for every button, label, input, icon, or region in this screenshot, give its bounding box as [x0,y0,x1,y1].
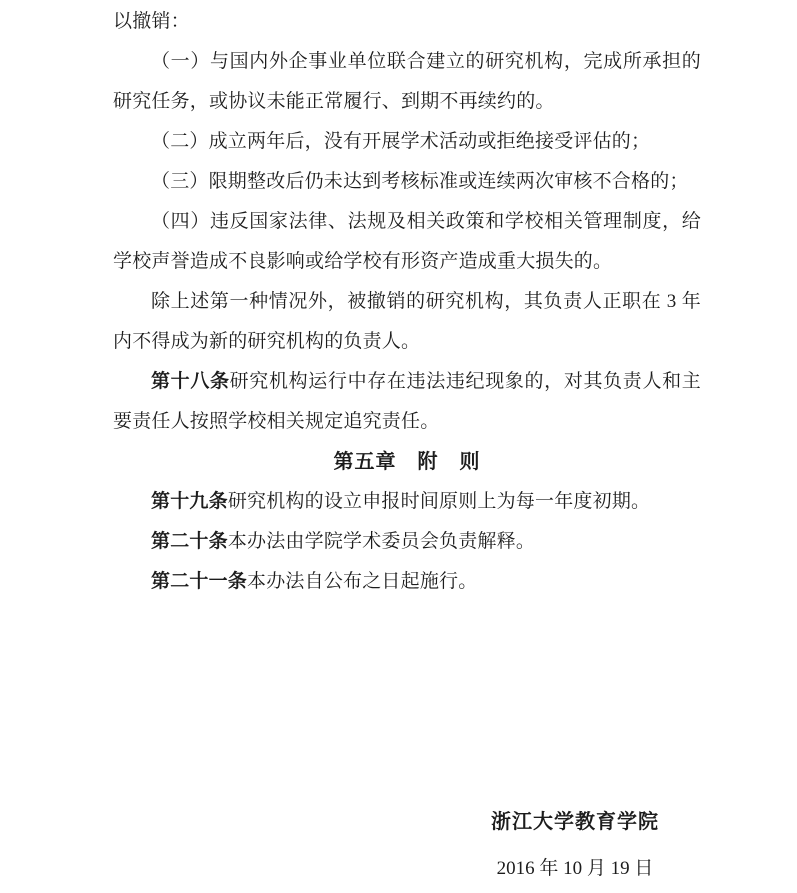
continuation-line: 以撤销： [113,2,701,42]
list-item-3: （三）限期整改后仍未达到考核标准或连续两次审核不合格的； [113,162,701,202]
signature-block: 浙江大学教育学院 2016 年 10 月 19 日 [420,806,730,884]
signature-organization: 浙江大学教育学院 [420,806,730,838]
signature-date: 2016 年 10 月 19 日 [420,854,730,884]
document-body: 以撤销： （一）与国内外企事业单位联合建立的研究机构，完成所承担的研究任务，或协… [113,2,701,602]
article-19-text: 研究机构的设立申报时间原则上为每一年度初期。 [228,491,650,512]
list-item-1: （一）与国内外企事业单位联合建立的研究机构，完成所承担的研究任务，或协议未能正常… [113,42,701,122]
document-page: 以撤销： （一）与国内外企事业单位联合建立的研究机构，完成所承担的研究任务，或协… [0,0,797,893]
article-21-number: 第二十一条 [151,571,247,592]
revocation-note-paragraph: 除上述第一种情况外，被撤销的研究机构，其负责人正职在 3 年内不得成为新的研究机… [113,282,701,362]
article-20-text: 本办法由学院学术委员会负责解释。 [228,531,535,552]
article-20-paragraph: 第二十条本办法由学院学术委员会负责解释。 [113,522,701,562]
article-20-number: 第二十条 [151,531,228,552]
article-18-paragraph: 第十八条研究机构运行中存在违法违纪现象的，对其负责人和主要责任人按照学校相关规定… [113,362,701,442]
article-21-text: 本办法自公布之日起施行。 [247,571,477,592]
article-21-paragraph: 第二十一条本办法自公布之日起施行。 [113,562,701,602]
article-19-number: 第十九条 [151,491,228,512]
list-item-4: （四）违反国家法律、法规及相关政策和学校相关管理制度，给学校声誉造成不良影响或给… [113,202,701,282]
article-18-number: 第十八条 [151,371,230,392]
chapter-heading: 第五章 附 则 [113,442,701,482]
article-19-paragraph: 第十九条研究机构的设立申报时间原则上为每一年度初期。 [113,482,701,522]
list-item-2: （二）成立两年后，没有开展学术活动或拒绝接受评估的； [113,122,701,162]
